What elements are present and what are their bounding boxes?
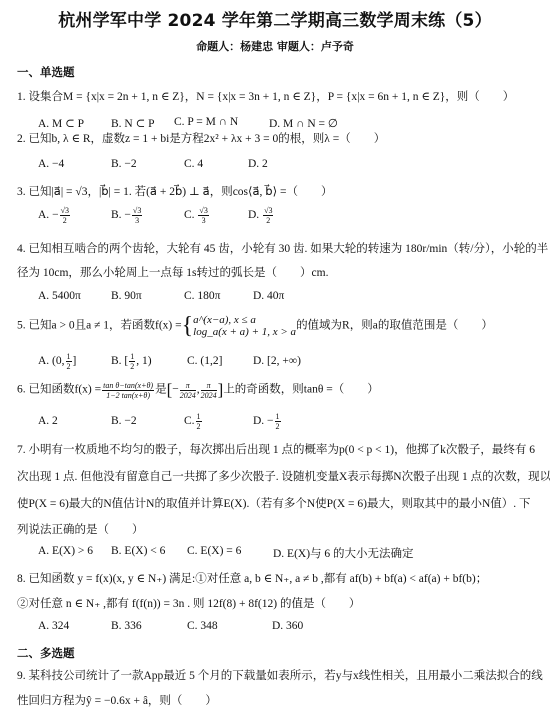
q5-option-a: A. (0,12] <box>38 352 76 371</box>
q5-option-b: B. [12, 1) <box>111 352 152 371</box>
question-7-line-2: 次出现 1 点. 但他没有留意自己一共掷了多少次骰子. 设随机变量X表示每掷N次… <box>17 468 550 484</box>
q6-option-a: A. 2 <box>38 415 58 427</box>
fraction: √32 <box>263 206 273 225</box>
fraction: √33 <box>198 206 208 225</box>
question-8-line-1: 8. 已知函数 y = f(x)(x, y ∈ N₊) 满足:①对任意 a, b… <box>17 570 487 586</box>
q6-option-c: C.12 <box>184 412 203 431</box>
q5-option-c: C. (1,2] <box>187 355 222 367</box>
q1-option-a: A. M ⊂ P <box>38 116 84 130</box>
question-5: 5. 已知a > 0且a ≠ 1，若函数f(x) ={a^(x−a), x ≤ … <box>17 314 493 338</box>
q1-option-d: D. M ∩ N = ∅ <box>269 116 338 130</box>
q8-option-a: A. 324 <box>38 620 69 632</box>
piecewise-cases: a^(x−a), x ≤ alog_a(x + a) + 1, x > a <box>193 314 296 338</box>
question-8-line-2: ②对任意 n ∈ N₊ ,都有 f(f(n)) = 3n . 则 12f(8) … <box>17 595 360 611</box>
q6-option-d: D. −12 <box>253 412 282 431</box>
section-single-choice: 一、单选题 <box>17 64 75 80</box>
q6-option-b: B. −2 <box>111 415 137 427</box>
fraction: √33 <box>132 206 142 225</box>
q2-option-a: A. −4 <box>38 158 64 170</box>
question-9-line-1: 9. 某科技公司统计了一款App最近 5 个月的下载量如表所示，若y与x线性相关… <box>17 667 543 683</box>
q3-option-d: D. √32 <box>248 206 274 225</box>
authors-line: 命题人：杨建忠 审题人：卢予奇 <box>0 38 550 54</box>
q4-option-b: B. 90π <box>111 290 142 302</box>
fraction: 12 <box>196 412 202 431</box>
q1-option-c: C. P = M ∩ N <box>174 116 238 128</box>
page-title: 杭州学军中学 2024 学年第二学期高三数学周末练（5） <box>0 6 550 31</box>
brace-icon: { <box>182 313 194 339</box>
q8-option-c: C. 348 <box>187 620 218 632</box>
q4-option-d: D. 40π <box>253 290 284 302</box>
q8-option-b: B. 336 <box>111 620 142 632</box>
question-2: 2. 已知b, λ ∈ R，虚数z = 1 + bi是方程2x² + λx + … <box>17 130 385 146</box>
fraction: 12 <box>66 352 72 371</box>
q5-option-d: D. [2, +∞) <box>253 355 301 367</box>
q7-option-d: D. E(X)与 6 的大小无法确定 <box>273 545 414 561</box>
question-6: 6. 已知函数f(x) =tan θ−tan(x+θ)1−2 tan(x+θ)是… <box>17 380 379 400</box>
question-1: 1. 设集合M = {x|x = 2n + 1, n ∈ Z}，N = {x|x… <box>17 88 514 104</box>
q7-option-a: A. E(X) > 6 <box>38 545 93 557</box>
section-multiple-choice: 二、多选题 <box>17 645 75 661</box>
fraction: √32 <box>60 206 70 225</box>
q3-option-b: B. −√33 <box>111 206 143 225</box>
question-7-line-3: 使P(X = 6)最大的N值估计N的取值并计算E(X).（若有多个N使P(X =… <box>17 495 531 511</box>
q3-option-a: A. −√32 <box>38 206 71 225</box>
question-4-line-2: 径为 10cm，那么小轮周上一点每 1s转过的弧长是（ ）cm. <box>17 264 328 280</box>
q2-option-b: B. −2 <box>111 158 137 170</box>
fraction: π2024 <box>201 381 217 400</box>
q1-option-b: B. N ⊂ P <box>111 116 155 130</box>
fraction: tan θ−tan(x+θ)1−2 tan(x+θ) <box>102 381 154 400</box>
fraction: 12 <box>275 412 281 431</box>
q4-option-a: A. 5400π <box>38 290 81 302</box>
question-7-line-1: 7. 小明有一枚质地不均匀的骰子，每次掷出后出现 1 点的概率为p(0 < p … <box>17 441 535 457</box>
q7-option-b: B. E(X) < 6 <box>111 545 165 557</box>
question-3: 3. 已知|a⃗| = √3，|b⃗| = 1. 若(a⃗ + 2b⃗) ⊥ a… <box>17 183 332 199</box>
q4-option-c: C. 180π <box>184 290 220 302</box>
q8-option-d: D. 360 <box>272 620 303 632</box>
q2-option-d: D. 2 <box>248 158 268 170</box>
fraction: π2024 <box>180 381 196 400</box>
q7-option-c: C. E(X) = 6 <box>187 545 241 557</box>
question-7-line-4: 列说法正确的是（ ） <box>17 521 144 537</box>
question-9-line-2: 性回归方程为ŷ = −0.6x + â，则（ ） <box>17 692 217 708</box>
q2-option-c: C. 4 <box>184 158 203 170</box>
question-4-line-1: 4. 已知相互啮合的两个齿轮，大轮有 45 齿，小轮有 30 齿. 如果大轮的转… <box>17 240 548 256</box>
q3-option-c: C. √33 <box>184 206 210 225</box>
fraction: 12 <box>129 352 135 371</box>
